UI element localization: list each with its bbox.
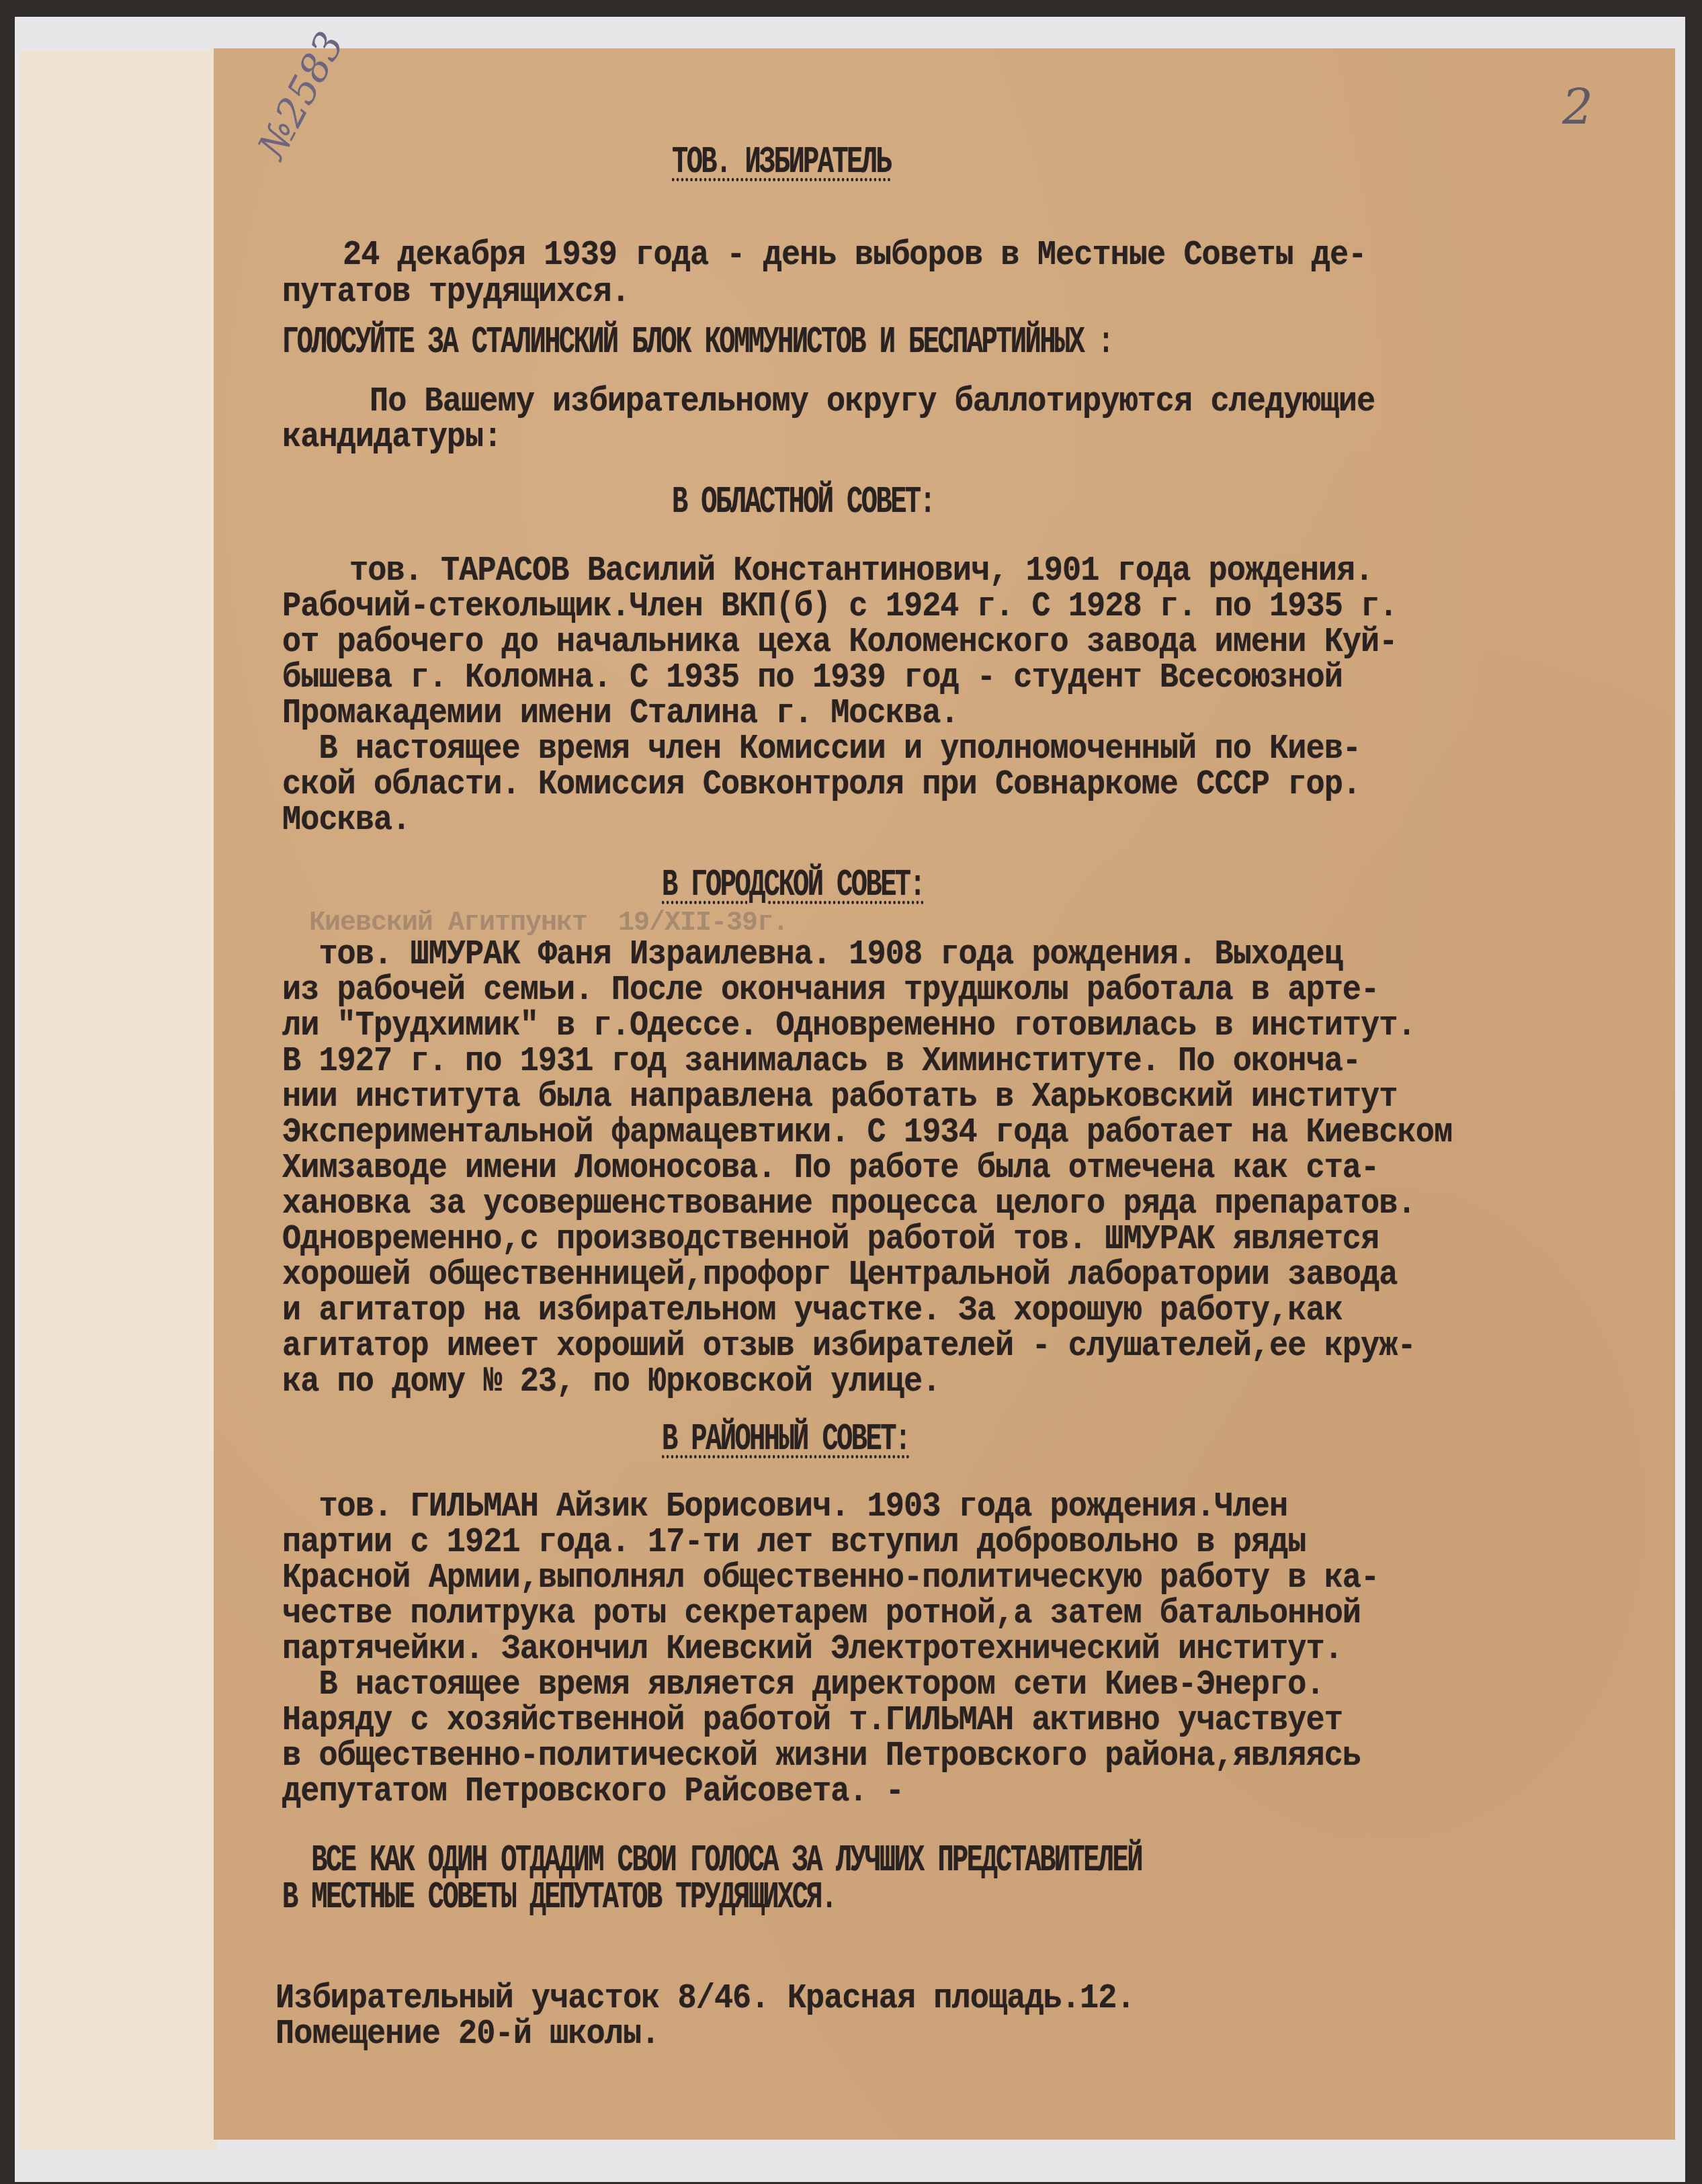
oblast-text-line: бышева г. Коломна. С 1935 по 1939 год - …: [282, 659, 1343, 698]
polling-station-premises: Помещение 20-й школы.: [275, 2015, 659, 2054]
district-text-line: партии с 1921 года. 17-ти лет вступил до…: [282, 1524, 1306, 1563]
city-text-line: ли "Трудхимик" в г.Одессе. Одновременно …: [282, 1007, 1416, 1046]
handwritten-page-number: 2: [1562, 79, 1593, 136]
oblast-text-line: Москва.: [282, 801, 410, 840]
intro-line-2: путатов трудящихся.: [282, 273, 630, 312]
backing-sheet: [20, 50, 216, 2150]
district-text-line: тов. ГИЛЬМАН Айзик Борисович. 1903 года …: [282, 1488, 1287, 1527]
oblast-text-line: Промакадемии имени Сталина г. Москва.: [282, 695, 959, 734]
appeal-line-1: ВСЕ КАК ОДИН ОТДАДИМ СВОИ ГОЛОСА ЗА ЛУЧШ…: [282, 1841, 1142, 1882]
district-text-line: Наряду с хозяйственной работой т.ГИЛЬМАН…: [282, 1702, 1343, 1741]
polling-station-address: Избирательный участок 8/46. Красная площ…: [275, 1980, 1135, 2019]
faint-stamp: Киевский Агитпункт 19/XII-39г.: [309, 908, 788, 938]
city-text-line: и агитатор на избирательном участке. За …: [282, 1292, 1343, 1331]
city-text-line: Одновременно,с производственной работой …: [282, 1221, 1379, 1260]
appeal-line-2: В МЕСТНЫЕ СОВЕТЫ ДЕПУТАТОВ ТРУДЯЩИХСЯ.: [282, 1878, 836, 1919]
oblast-text-line: ской области. Комиссия Совконтроля при С…: [282, 766, 1361, 805]
district-text-line: депутатом Петровского Райсовета. -: [282, 1773, 904, 1812]
city-text-line: нии института была направлена работать в…: [282, 1078, 1397, 1117]
district-text-line: в общественно-политической жизни Петровс…: [282, 1737, 1361, 1776]
city-text-line: В 1927 г. по 1931 год занималась в Химин…: [282, 1043, 1361, 1082]
slogan: ГОЛОСУЙТЕ ЗА СТАЛИНСКИЙ БЛОК КОММУНИСТОВ…: [282, 322, 1113, 363]
section-heading-oblast: В ОБЛАСТНОЙ СОВЕТ:: [672, 482, 934, 523]
section-heading-district: В РАЙОННЫЙ СОВЕТ:: [662, 1419, 909, 1460]
document-title: ТОВ. ИЗБИРАТЕЛЬ: [672, 142, 890, 183]
district-text-line: партячейки. Закончил Киевский Электротех…: [282, 1630, 1343, 1669]
district-text-line: честве политрука роты секретарем ротной,…: [282, 1595, 1361, 1634]
district-text-line: В настоящее время является директором се…: [282, 1666, 1324, 1705]
city-text-line: Химзаводе имени Ломоносова. По работе бы…: [282, 1149, 1379, 1188]
candidates-intro-line-1: По Вашему избирательному округу баллотир…: [370, 383, 1375, 422]
intro-line-1: 24 декабря 1939 года - день выборов в Ме…: [343, 236, 1366, 275]
oblast-text-line: В настоящее время член Комиссии и уполно…: [282, 730, 1361, 769]
city-text-line: агитатор имеет хороший отзыв избирателей…: [282, 1327, 1416, 1366]
candidates-intro-line-2: кандидатуры:: [282, 419, 501, 457]
city-text-line: хановка за усовершенствование процесса ц…: [282, 1185, 1416, 1224]
district-text-line: Красной Армии,выполнял общественно-полит…: [282, 1559, 1379, 1598]
city-text-line: тов. ШМУРАК Фаня Израилевна. 1908 года р…: [282, 936, 1343, 975]
city-text-line: из рабочей семьи. После окончания трудшк…: [282, 971, 1379, 1010]
oblast-text-line: Рабочий-стекольщик.Член ВКП(б) с 1924 г.…: [282, 588, 1397, 627]
section-heading-city: В ГОРОДСКОЙ СОВЕТ:: [662, 865, 924, 906]
oblast-text-line: тов. ТАРАСОВ Василий Константинович, 190…: [349, 552, 1373, 591]
oblast-text-line: от рабочего до начальника цеха Коломенск…: [282, 623, 1397, 662]
city-text-line: Экспериментальной фармацевтики. С 1934 г…: [282, 1114, 1452, 1153]
city-text-line: хорошей общественницей,профорг Центральн…: [282, 1256, 1397, 1295]
city-text-line: ка по дому № 23, по Юрковской улице.: [282, 1363, 940, 1402]
